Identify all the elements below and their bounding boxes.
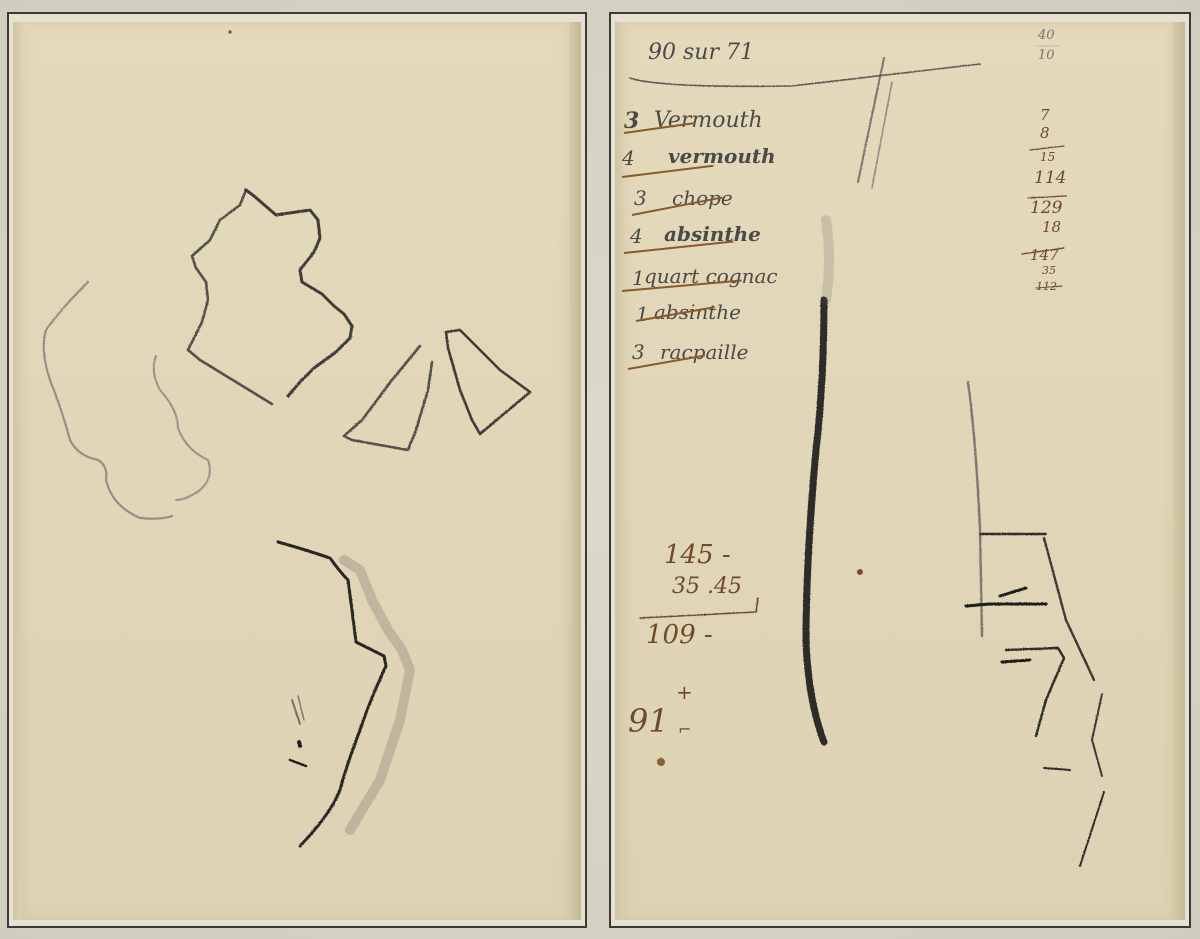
fraction-denominator: 10	[1038, 48, 1055, 63]
sum-value: 114	[1034, 168, 1066, 188]
left-page-frame	[7, 12, 587, 928]
drink-item: quart cognac	[644, 264, 778, 288]
calc-result: 109 -	[646, 620, 713, 650]
sum-value: 18	[1042, 218, 1061, 236]
sum-value: 7	[1040, 106, 1050, 124]
calc-plus: +	[676, 680, 693, 704]
drink-qty: 1	[632, 266, 645, 290]
sum-value: 35	[1042, 264, 1056, 277]
left-page-bevel	[13, 22, 21, 920]
sum-value: 15	[1040, 150, 1055, 164]
drink-qty: 1	[636, 302, 649, 326]
drink-qty: 3	[632, 340, 645, 364]
drink-qty: 4	[630, 224, 643, 248]
fraction-numerator: 40	[1038, 28, 1055, 43]
sum-value: 112	[1036, 280, 1057, 293]
calc-final: 91	[628, 702, 669, 740]
calc-final-mark: ⌐	[678, 720, 691, 739]
drink-qty: 4	[622, 146, 635, 170]
sum-value: 8	[1040, 124, 1050, 142]
header-note: 90 sur 71	[648, 40, 754, 65]
drink-item: vermouth	[668, 144, 776, 168]
left-page-paper	[21, 22, 569, 920]
drink-qty: 3	[634, 186, 647, 210]
drink-item: absinthe	[654, 300, 741, 324]
drink-item: Vermouth	[654, 108, 763, 133]
left-page-bevel-right	[569, 22, 581, 920]
sum-value: 129	[1030, 198, 1062, 218]
calc-line-1: 145 -	[664, 540, 731, 570]
calc-line-2: 35 .45	[672, 574, 742, 599]
right-page-bevel-right	[1173, 22, 1185, 920]
sum-value: 147	[1030, 246, 1059, 264]
